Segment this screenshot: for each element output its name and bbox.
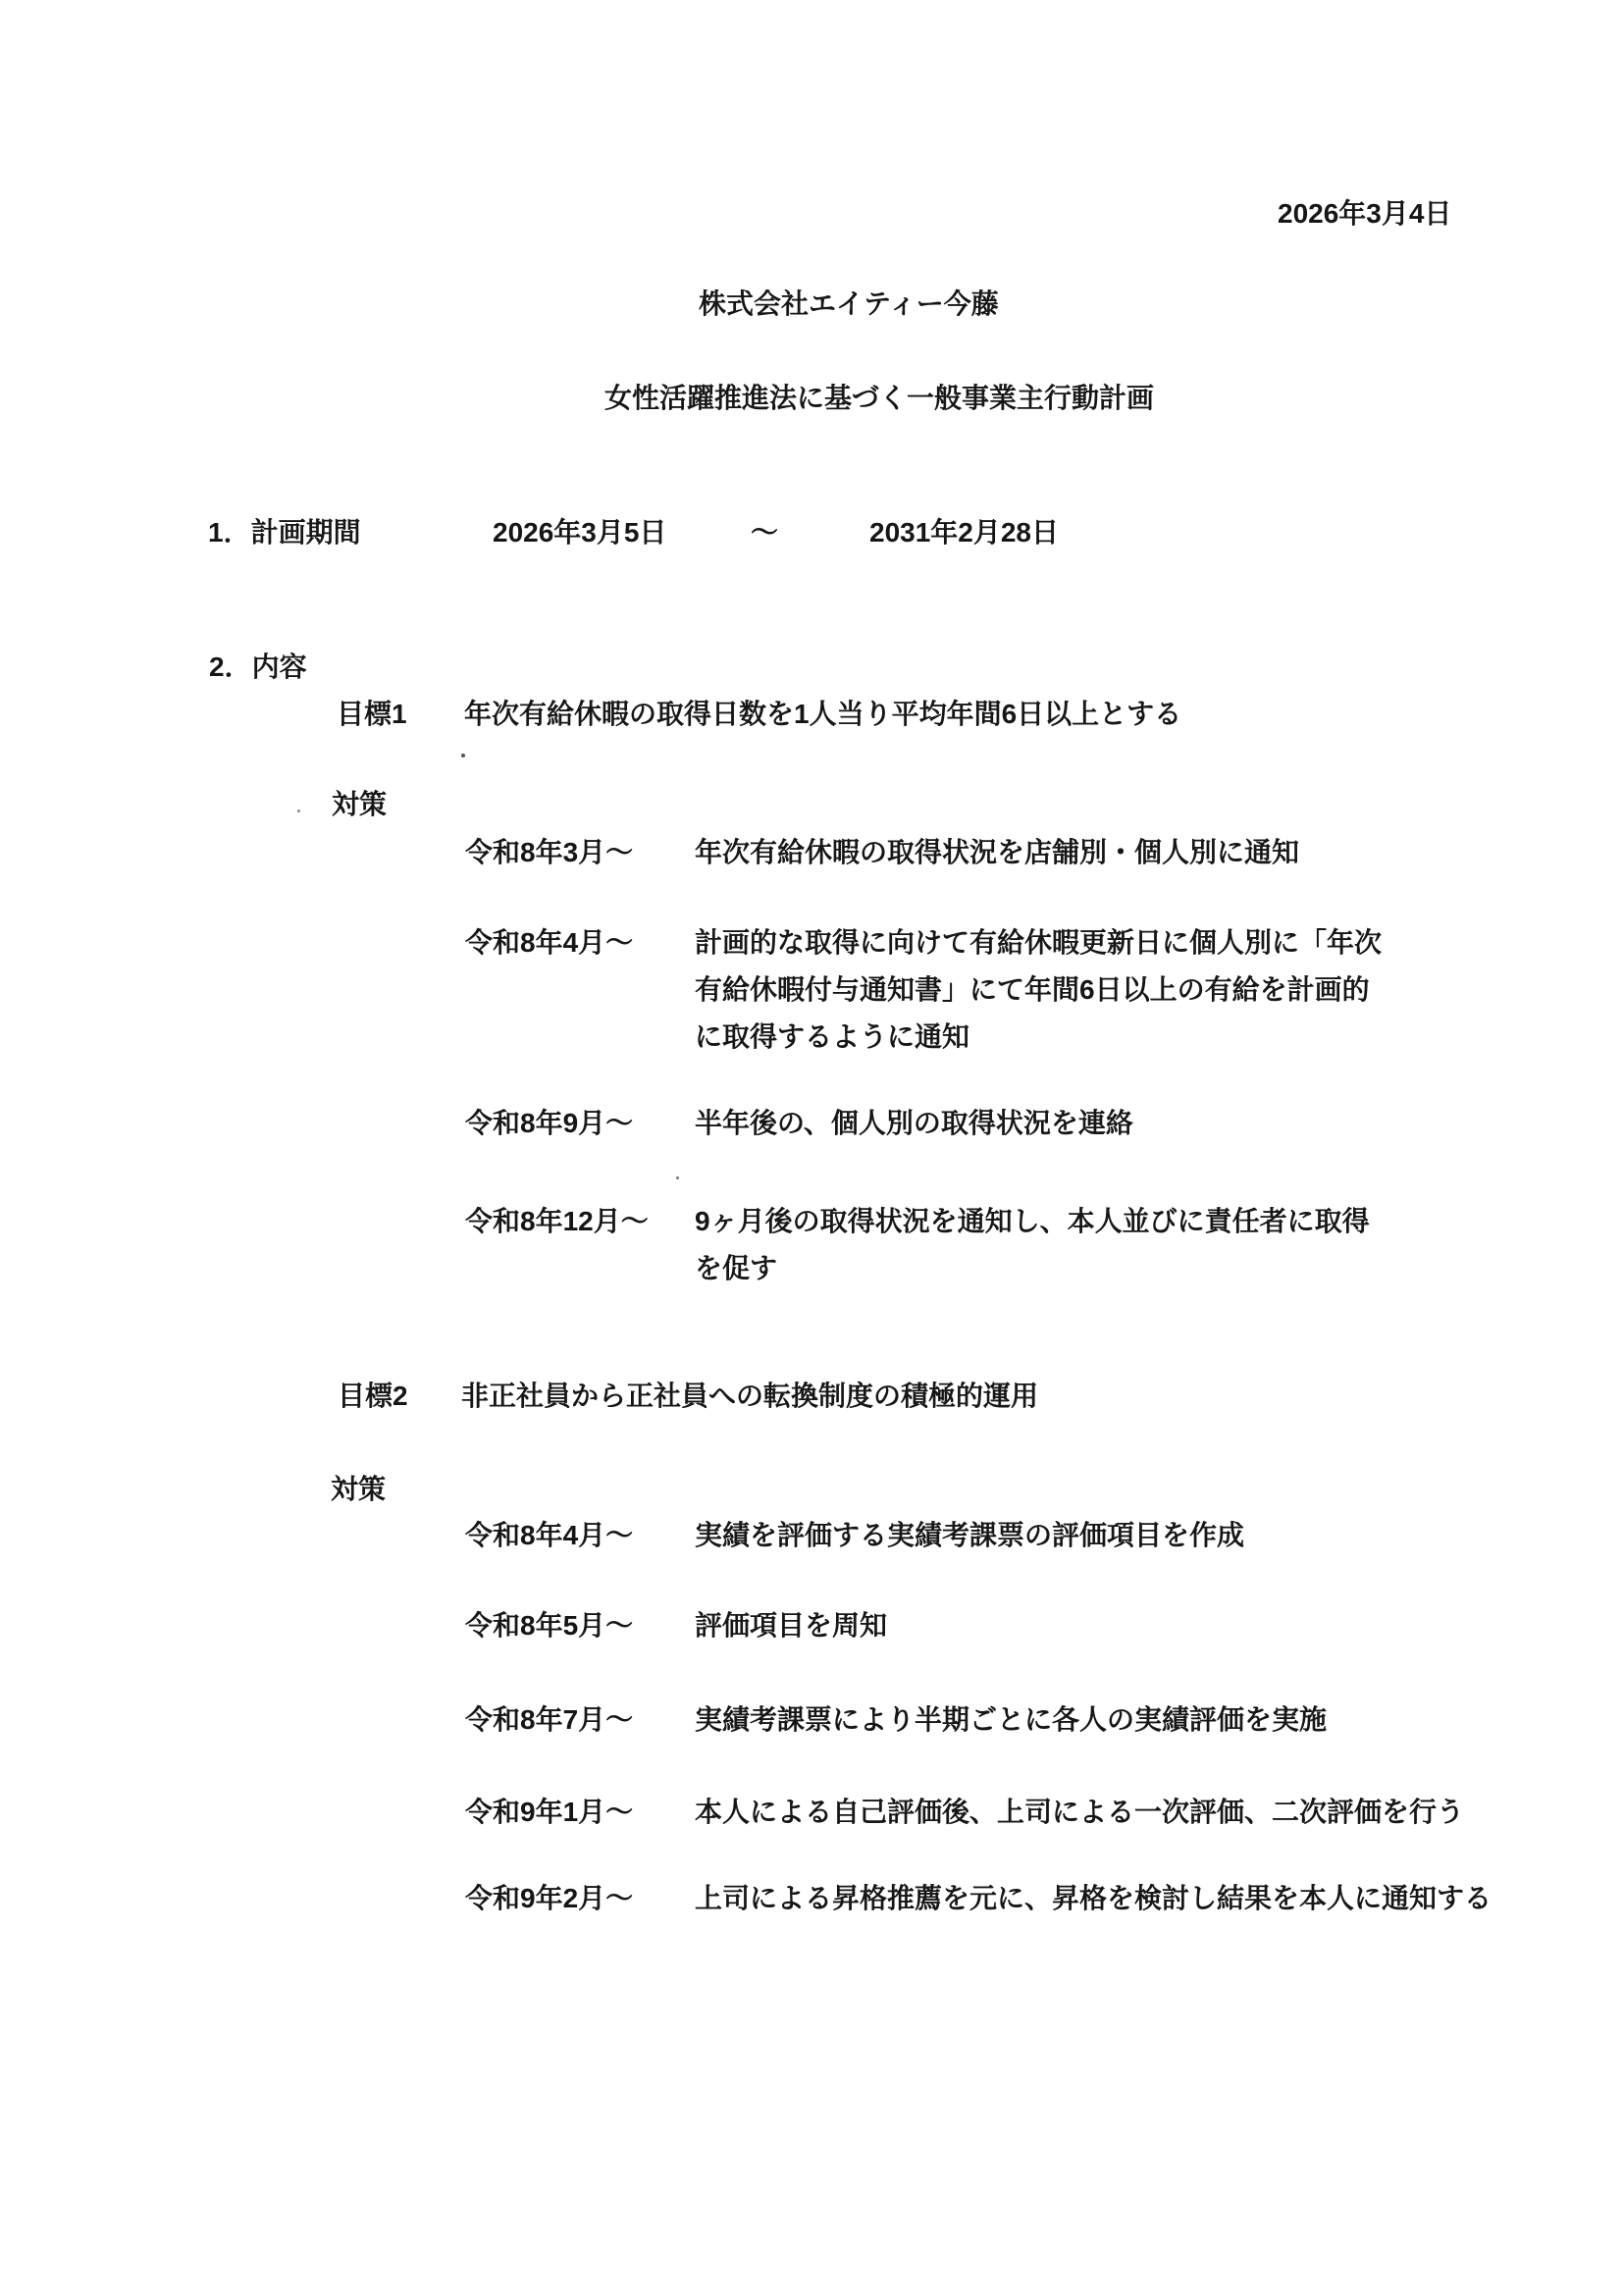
goal2-measure-description: 実績を評価する実績考課票の評価項目を作成	[695, 1520, 1244, 1551]
goal2-measure-period: 令和8年5月～	[465, 1610, 633, 1642]
goal1-measure-period: 令和8年3月～	[465, 837, 633, 868]
goal1-label: 目標1	[337, 699, 407, 730]
document-date: 2026年3月4日	[1278, 198, 1451, 230]
goal2-measure-description: 評価項目を周知	[695, 1610, 887, 1642]
scan-speck	[461, 754, 465, 757]
plan-period-label: 1．計画期間	[208, 517, 361, 548]
goal1-measure-description: に取得するように通知	[695, 1021, 969, 1053]
goal1-measure-description: 9ヶ月後の取得状況を通知し、本人並びに責任者に取得	[695, 1206, 1370, 1237]
company-name: 株式会社エイティー今藤	[699, 288, 999, 320]
goal1-measure-description: 年次有給休暇の取得状況を店舗別・個人別に通知	[695, 837, 1299, 868]
goal2-text: 非正社員から正社員への転換制度の積極的運用	[461, 1381, 1038, 1412]
goal2-measure-description: 実績考課票により半期ごとに各人の実績評価を実施	[695, 1704, 1327, 1736]
document-page: 2026年3月4日 株式会社エイティー今藤 女性活躍推進法に基づく一般事業主行動…	[0, 0, 1623, 2296]
goal1-measures-label: 対策	[332, 789, 387, 820]
goal1-measure-description: を促す	[695, 1253, 777, 1284]
plan-period-start-date: 2026年3月5日	[493, 517, 666, 548]
contents-label: 2．内容	[209, 652, 307, 683]
goal1-measure-description: 半年後の、個人別の取得状況を連絡	[695, 1108, 1133, 1139]
goal2-measures-label: 対策	[331, 1474, 386, 1505]
goal2-measure-period: 令和9年2月～	[465, 1883, 633, 1914]
goal1-measure-period: 令和8年9月～	[465, 1108, 633, 1139]
goal1-measure-description: 計画的な取得に向けて有給休暇更新日に個人別に「年次	[695, 927, 1382, 959]
goal1-measure-description: 有給休暇付与通知書」にて年間6日以上の有給を計画的	[695, 974, 1370, 1006]
goal2-measure-description: 本人による自己評価後、上司による一次評価、二次評価を行う	[695, 1797, 1464, 1828]
goal1-measure-period: 令和8年4月～	[465, 927, 633, 959]
goal1-measure-period: 令和8年12月～	[465, 1206, 649, 1237]
scan-speck	[676, 1176, 679, 1179]
scan-speck	[297, 809, 300, 812]
plan-period-separator: ～	[751, 517, 778, 548]
goal2-label: 目標2	[338, 1381, 408, 1412]
goal2-measure-description: 上司による昇格推薦を元に、昇格を検討し結果を本人に通知する	[695, 1883, 1492, 1914]
goal2-measure-period: 令和8年4月～	[465, 1520, 633, 1551]
goal2-measure-period: 令和9年1月～	[465, 1797, 633, 1828]
goal1-text: 年次有給休暇の取得日数を1人当り平均年間6日以上とする	[464, 699, 1181, 730]
document-title: 女性活躍推進法に基づく一般事業主行動計画	[604, 383, 1154, 414]
plan-period-end-date: 2031年2月28日	[869, 517, 1059, 548]
goal2-measure-period: 令和8年7月～	[465, 1704, 633, 1736]
